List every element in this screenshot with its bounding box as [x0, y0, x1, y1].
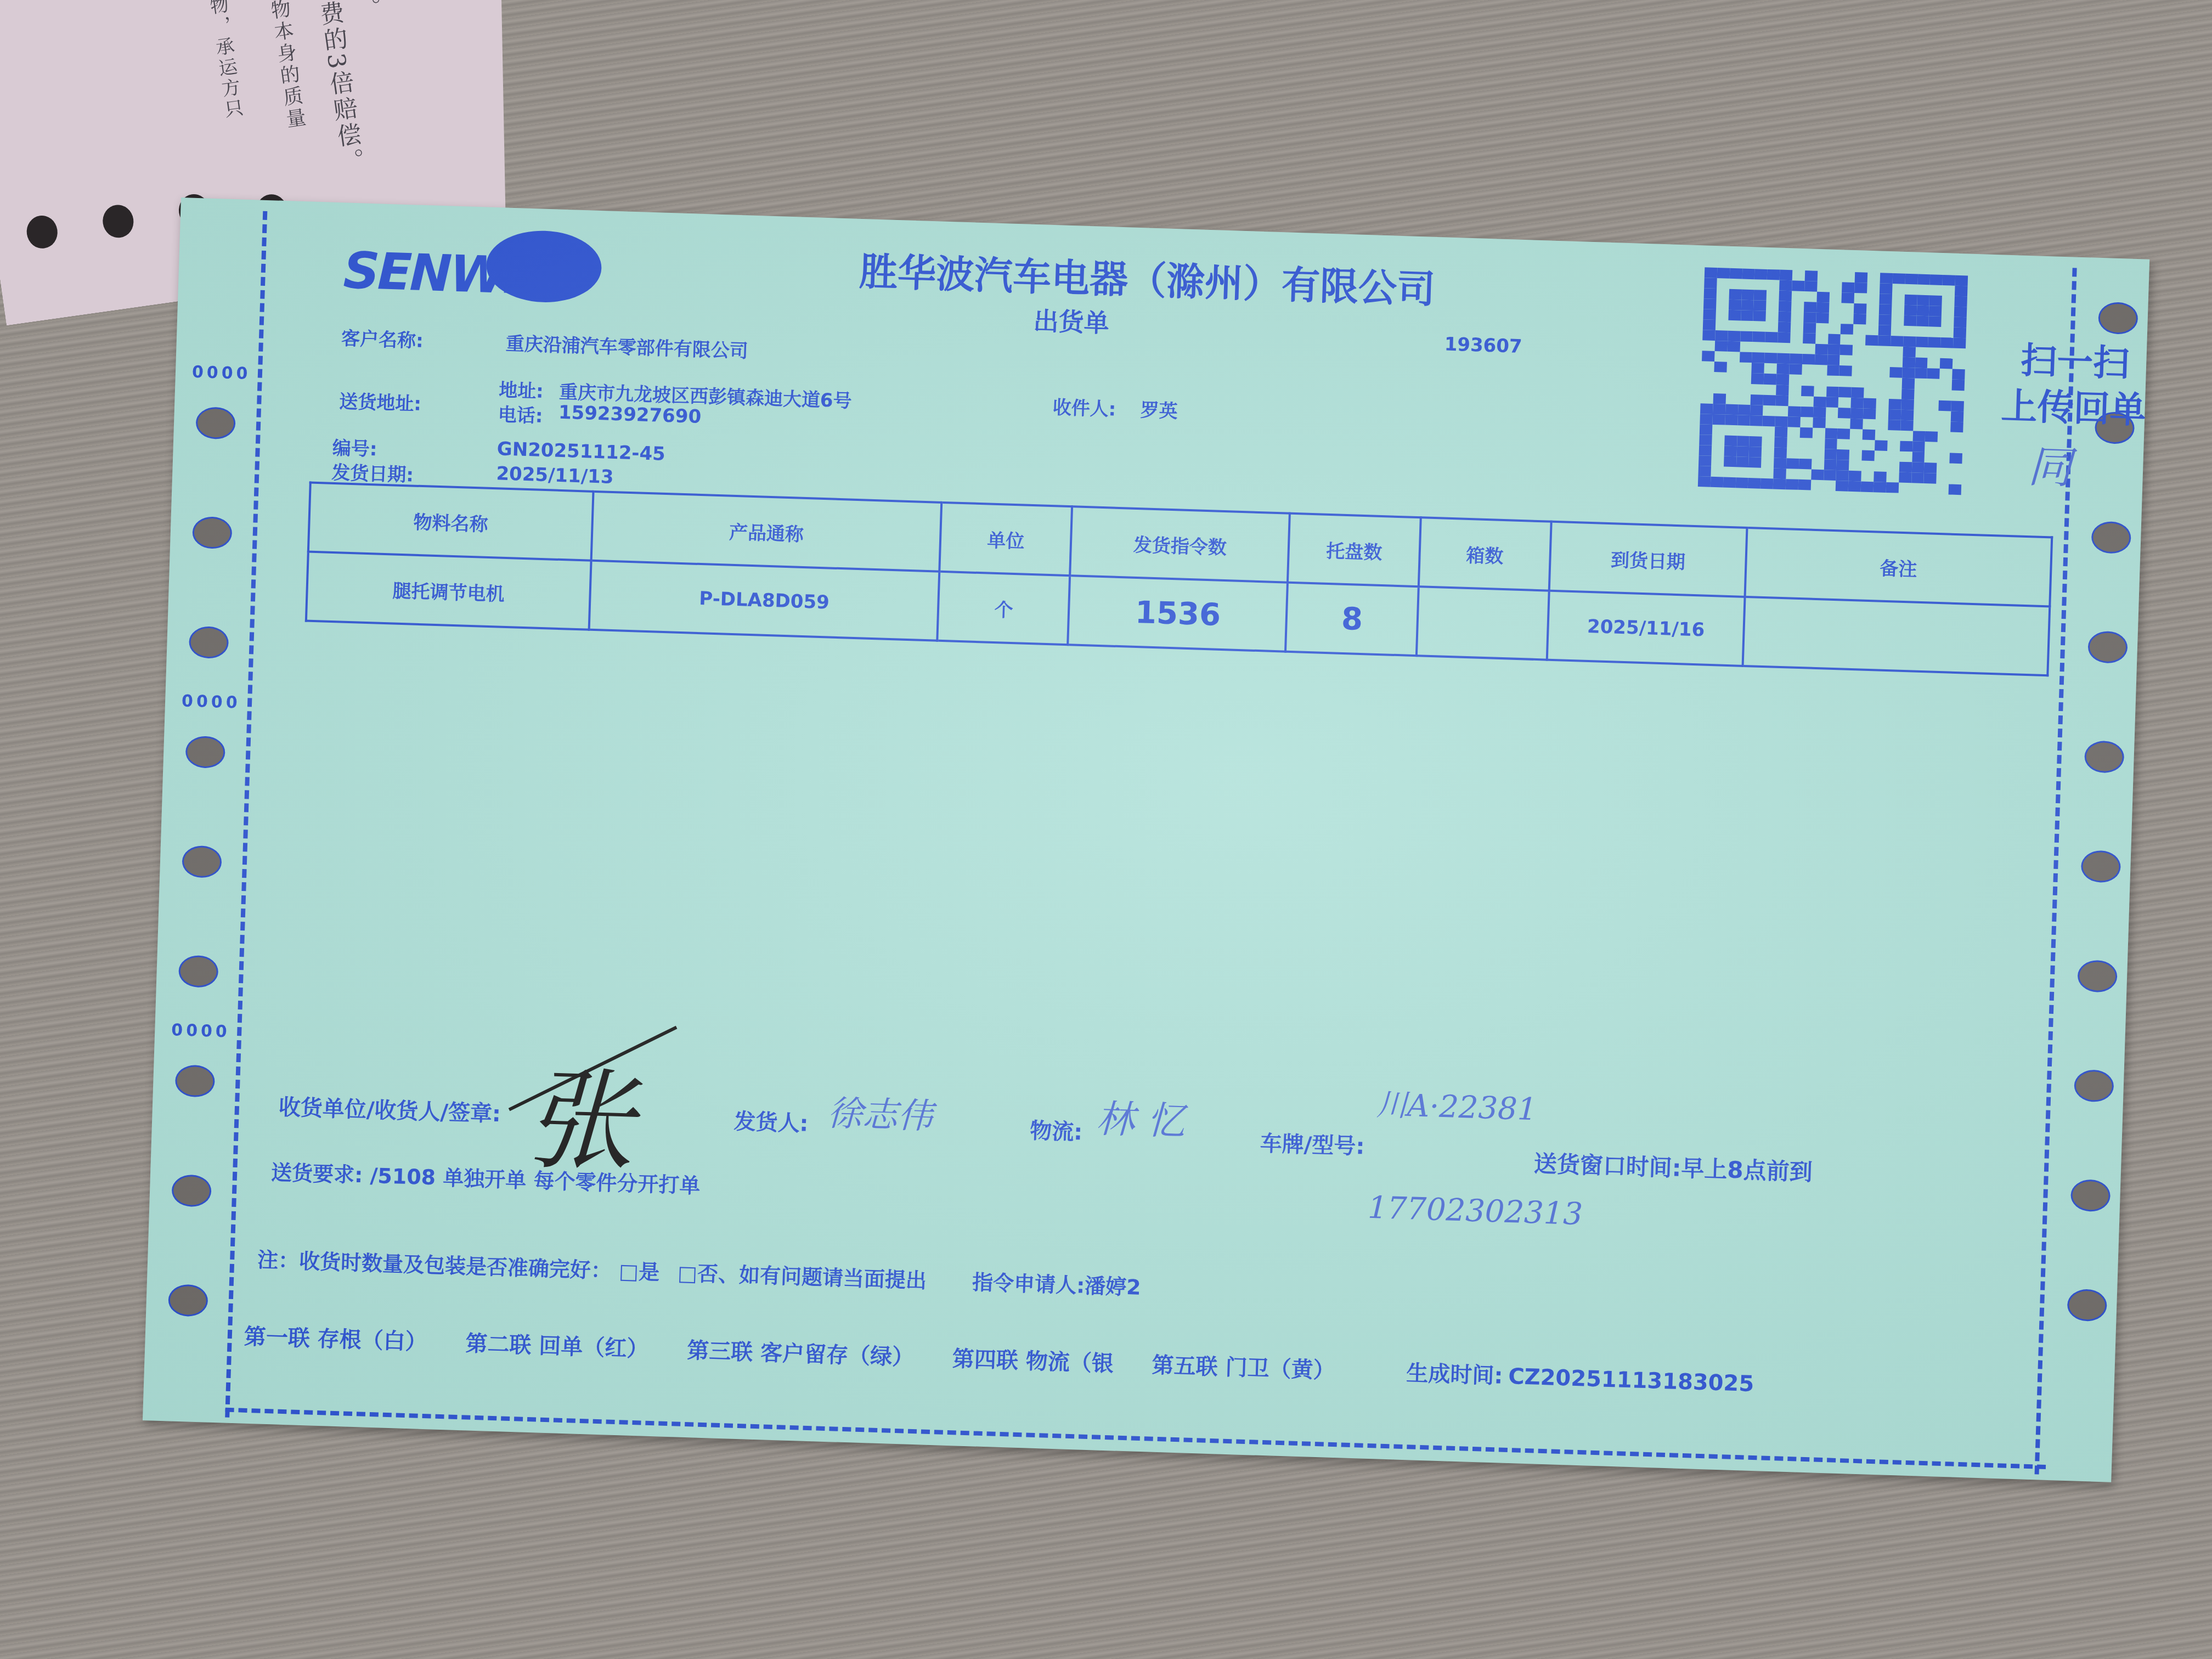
tractor-hole: [2074, 1069, 2114, 1102]
copy-2: 第二联 回单（红）: [465, 1326, 650, 1363]
qr-module: [1792, 280, 1804, 291]
qr-module: [1740, 352, 1752, 363]
col-material-name: 物料名称: [308, 483, 594, 561]
qr-module: [1827, 345, 1840, 356]
qr-module: [1754, 269, 1767, 280]
qr-module: [1917, 285, 1930, 296]
qr-module: [1704, 288, 1717, 299]
qr-module: [1887, 441, 1900, 452]
qr-module: [1773, 478, 1786, 489]
qr-module: [1751, 394, 1763, 405]
qr-module: [1763, 384, 1776, 395]
qr-module: [1763, 394, 1776, 405]
qr-module: [1838, 418, 1850, 429]
qr-module: [1937, 463, 1949, 474]
qr-module: [1939, 400, 1951, 411]
qr-module: [1949, 484, 1961, 495]
qr-module: [1876, 388, 1889, 399]
qr-module: [1740, 321, 1753, 332]
qr-module: [1914, 399, 1926, 410]
qr-module: [1700, 424, 1712, 435]
qr-module: [1742, 279, 1754, 290]
qr-module: [1725, 414, 1737, 425]
qr-module: [1817, 281, 1830, 292]
qr-module: [1954, 328, 1966, 338]
qr-module: [1703, 298, 1716, 309]
qr-module: [1903, 347, 1915, 358]
qr-module: [1751, 374, 1764, 385]
qr-module: [1849, 439, 1862, 450]
qr-module: [1703, 319, 1716, 330]
qr-module: [1852, 376, 1864, 387]
qr-module: [1762, 436, 1774, 447]
qr-module: [1788, 385, 1801, 396]
qr-module: [1705, 267, 1717, 278]
qr-module: [1874, 471, 1886, 482]
qr-module: [1903, 336, 1916, 347]
qr-module: [1766, 311, 1779, 322]
qr-module: [1712, 425, 1725, 436]
qr-module: [1727, 341, 1740, 352]
qr-module: [1865, 356, 1877, 367]
qr-module: [1804, 291, 1816, 302]
qr-module: [1901, 378, 1914, 389]
phone-label: 电话:: [498, 399, 543, 428]
margin-code: 0000: [191, 363, 251, 383]
qr-module: [1898, 483, 1911, 494]
qr-module: [1735, 477, 1748, 488]
qr-module: [1954, 307, 1967, 318]
qr-module: [1915, 347, 1928, 358]
qr-module: [1938, 410, 1951, 421]
qr-module: [1824, 449, 1837, 460]
logistics-label: 物流:: [1030, 1113, 1084, 1146]
qr-module: [1803, 312, 1816, 323]
qr-module: [1824, 470, 1836, 481]
qr-module: [1842, 272, 1855, 283]
qr-module: [1861, 471, 1874, 482]
qr-module: [1940, 337, 1953, 348]
generated-value: CZ20251113183025: [1508, 1364, 1754, 1397]
qr-module: [1874, 461, 1887, 472]
pink-text-col-4: 货物，承运方只: [196, 0, 251, 122]
qr-module: [1801, 407, 1813, 417]
qr-module: [1812, 427, 1825, 438]
qr-module: [1839, 355, 1852, 366]
items-table: 物料名称 产品通称 单位 发货指令数 托盘数 箱数 到货日期 备注 腿托调节电机…: [305, 482, 2053, 677]
qr-module: [1701, 362, 1714, 373]
tractor-hole: [175, 1064, 216, 1097]
qr-module: [1827, 355, 1839, 366]
qr-caption-line2: 上传回单: [1985, 383, 2162, 435]
qr-module: [1929, 306, 1942, 317]
qr-module: [1816, 313, 1829, 324]
qr-module: [1927, 358, 1940, 369]
qr-module: [1841, 303, 1854, 314]
qr-module: [1900, 441, 1912, 452]
qr-module: [1929, 295, 1942, 306]
qr-module: [1901, 409, 1914, 420]
tractor-hole: [168, 1284, 208, 1317]
qr-module: [1852, 356, 1865, 366]
qr-module: [1913, 410, 1926, 421]
qr-module: [1941, 327, 1954, 338]
qr-module: [1824, 459, 1836, 470]
qr-module: [1752, 363, 1764, 374]
qr-module: [1699, 445, 1712, 456]
qr-caption: 扫一扫 上传回单: [1985, 337, 2163, 435]
qr-module: [1752, 352, 1764, 363]
qr-module: [1775, 426, 1787, 437]
qr-module: [1839, 376, 1852, 387]
qr-module: [1790, 333, 1803, 344]
plate-handwritten-2: 17702302313: [1367, 1190, 1583, 1232]
qr-module: [1811, 469, 1824, 480]
qr-module: [1937, 442, 1950, 453]
qr-module: [1938, 432, 1950, 443]
qr-module: [1826, 386, 1839, 397]
qr-module: [1728, 331, 1740, 342]
qr-module: [1799, 438, 1812, 449]
delivery-address-label: 送货地址:: [339, 386, 422, 416]
qr-module: [1779, 301, 1791, 312]
qr-module: [1787, 448, 1799, 459]
qr-module: [1814, 365, 1827, 376]
qr-module: [1954, 296, 1967, 307]
qr-module: [1813, 407, 1826, 417]
qr-module: [1776, 385, 1788, 396]
qr-module: [1711, 466, 1723, 477]
cell-pallets: 8: [1285, 583, 1418, 656]
qr-module: [1737, 436, 1750, 447]
company-name: 胜华波汽车电器（滁州）有限公司: [859, 241, 1436, 314]
qr-module: [1736, 456, 1749, 467]
qr-module: [1889, 377, 1901, 388]
qr-module: [1936, 473, 1949, 484]
qr-module: [1853, 335, 1865, 346]
qr-module: [1774, 458, 1786, 469]
qr-module: [1729, 279, 1742, 290]
qr-module: [1804, 302, 1816, 313]
qr-module: [1949, 463, 1962, 474]
qr-module: [1865, 335, 1878, 346]
qr-module: [1942, 306, 1954, 317]
copy-5: 第五联 门卫（黄）: [1152, 1348, 1336, 1385]
recipient-value: 罗英: [1140, 395, 1178, 423]
qr-module: [1892, 294, 1904, 305]
qr-module: [1786, 469, 1798, 479]
qr-module: [1829, 313, 1841, 324]
qr-module: [1723, 466, 1736, 477]
qr-module: [1917, 274, 1930, 285]
cell-remarks: [1743, 597, 2050, 675]
qr-module: [1905, 274, 1917, 285]
qr-module: [1723, 477, 1735, 488]
qr-module: [1762, 426, 1775, 437]
qr-module: [1786, 458, 1799, 469]
qr-module: [1878, 325, 1891, 336]
qr-module: [1939, 369, 1952, 380]
qr-module: [1699, 455, 1711, 466]
qr-module: [1911, 472, 1924, 483]
qr-module: [1788, 396, 1801, 407]
qr-module: [1765, 342, 1778, 353]
tractor-hole: [192, 516, 233, 549]
qr-module: [1716, 320, 1728, 331]
qr-module: [1853, 324, 1866, 335]
qr-module: [1829, 303, 1841, 314]
qr-module: [1888, 409, 1901, 420]
qr-module: [1877, 357, 1890, 368]
qr-module: [1924, 473, 1937, 484]
qr-module: [1786, 479, 1798, 490]
qr-module: [1950, 432, 1963, 443]
qr-module: [1951, 390, 1964, 401]
qr-module: [1879, 304, 1892, 315]
qr-module: [1838, 397, 1851, 408]
qr-module: [1875, 440, 1887, 451]
qr-module: [1741, 290, 1754, 301]
qr-module: [1953, 338, 1966, 349]
qr-module: [1804, 281, 1817, 292]
option-yes-checkbox[interactable]: □是: [618, 1259, 659, 1284]
qr-module: [1741, 300, 1754, 311]
qr-module: [1714, 351, 1727, 362]
qr-module: [1864, 377, 1877, 388]
qr-module: [1877, 377, 1889, 388]
qr-module: [1840, 334, 1853, 345]
qr-module: [1739, 373, 1751, 384]
qr-module: [1774, 437, 1787, 448]
qr-module: [1702, 330, 1715, 341]
qr-module: [1765, 321, 1778, 332]
qr-module: [1863, 408, 1876, 419]
qr-module: [1748, 478, 1760, 489]
qr-module: [1814, 386, 1826, 397]
qr-module: [1886, 482, 1898, 493]
qr-module: [1890, 357, 1903, 368]
qr-module: [1700, 414, 1712, 425]
qr-module: [1879, 294, 1892, 304]
qr-module: [1880, 273, 1893, 284]
pink-hole: [25, 213, 60, 250]
qr-module: [1802, 375, 1814, 386]
qr-module: [1874, 482, 1886, 493]
qr-module: [1724, 425, 1737, 436]
qr-module: [1816, 292, 1829, 303]
qr-module: [1850, 418, 1863, 429]
qr-module: [1762, 447, 1774, 458]
qr-module: [1777, 353, 1790, 364]
col-arrival-date: 到货日期: [1549, 522, 1747, 597]
qr-module: [1816, 302, 1829, 313]
qr-module: [1854, 314, 1866, 325]
perforation-line-bottom: [225, 1408, 2046, 1469]
qr-module: [1889, 367, 1902, 378]
qr-module: [1760, 478, 1773, 489]
qr-module: [1886, 472, 1899, 483]
perforation-line-left: [225, 211, 267, 1418]
qr-module: [1953, 348, 1966, 359]
tractor-hole: [171, 1174, 212, 1207]
qr-module: [1838, 408, 1850, 419]
qr-module: [1727, 352, 1740, 363]
qr-module: [1726, 383, 1739, 394]
tractor-hole: [189, 626, 229, 659]
qr-module: [1791, 323, 1803, 334]
qr-module: [1901, 388, 1914, 399]
qr-module: [1926, 421, 1938, 432]
col-quantity: 发货指令数: [1070, 506, 1290, 582]
qr-module: [1753, 331, 1765, 342]
qr-module: [1779, 291, 1792, 302]
qr-module: [1801, 396, 1813, 407]
qr-module: [1862, 439, 1875, 450]
qr-module: [1939, 379, 1952, 390]
qr-module: [1842, 282, 1854, 293]
qr-module: [1878, 336, 1891, 347]
cell-arrival-date: 2025/11/16: [1547, 591, 1745, 666]
qr-module: [1912, 441, 1925, 452]
qr-module: [1698, 476, 1711, 487]
qr-module: [1738, 394, 1751, 405]
qr-module: [1915, 358, 1927, 369]
qr-module: [1713, 382, 1726, 393]
qr-module: [1952, 380, 1965, 391]
qr-module: [1916, 326, 1928, 337]
qr-module: [1703, 309, 1716, 320]
qr-module: [1778, 322, 1791, 333]
qr-module: [1763, 415, 1775, 426]
qr-module: [1925, 452, 1937, 463]
tractor-hole: [182, 845, 222, 878]
customer-label: 客户名称:: [341, 323, 424, 353]
qr-module: [1740, 331, 1753, 342]
qr-module: [1949, 473, 1961, 484]
qr-module: [1951, 400, 1964, 411]
address-label: 地址:: [499, 375, 544, 403]
qr-module: [1761, 458, 1774, 469]
qr-module: [1778, 312, 1791, 323]
qr-module: [1862, 450, 1875, 461]
ship-date-value: 2025/11/13: [496, 462, 614, 488]
tractor-hole: [2077, 960, 2118, 992]
qr-module: [1867, 283, 1880, 294]
qr-module: [1836, 470, 1849, 481]
qr-module: [1737, 415, 1750, 426]
handwritten-mark: 同: [2027, 431, 2073, 495]
qr-module: [1837, 449, 1849, 460]
cell-product-name: P-DLA8D059: [589, 561, 940, 641]
qr-module: [1852, 366, 1865, 377]
qr-module: [1813, 396, 1826, 407]
qr-module: [1889, 388, 1901, 399]
qr-module: [1792, 270, 1805, 281]
qr-module: [1891, 315, 1904, 326]
qr-module: [1776, 374, 1789, 385]
qr-module: [1766, 301, 1779, 312]
qr-module: [1904, 305, 1917, 316]
qr-module: [1805, 270, 1818, 281]
qr-module: [1798, 479, 1811, 490]
qr-module: [1903, 357, 1915, 368]
qr-module: [1729, 268, 1742, 279]
qr-module: [1854, 293, 1867, 304]
qr-module: [1748, 457, 1761, 468]
qr-module: [1715, 330, 1728, 341]
qr-module: [1714, 362, 1726, 373]
qr-module: [1877, 346, 1890, 357]
qr-module: [1899, 461, 1912, 472]
qr-module: [1767, 290, 1779, 301]
delivery-note: 0000 0000 0000 SENWB 胜华波汽车电器（滁州）有限公司 出货单…: [143, 198, 2149, 1482]
qr-module: [1748, 467, 1761, 478]
qr-module: [1866, 314, 1878, 325]
qr-module: [1791, 312, 1803, 323]
qr-module: [1740, 342, 1752, 353]
qr-code[interactable]: [1698, 267, 1968, 495]
qr-module: [1752, 342, 1765, 353]
applicant: 指令申请人:潘婷2: [972, 1270, 1141, 1300]
pink-text-col-2: 按运费的3倍赔偿。: [303, 0, 369, 178]
option-no-checkbox[interactable]: □否、如有问题请当面提出: [678, 1261, 927, 1293]
qr-module: [1764, 374, 1776, 385]
qr-module: [1830, 271, 1842, 282]
qr-module: [1901, 399, 1914, 410]
qr-module: [1928, 326, 1941, 337]
qr-module: [1875, 430, 1888, 441]
qr-module: [1790, 354, 1802, 365]
tractor-hole: [2087, 631, 2128, 664]
plate-label: 车牌/型号:: [1260, 1126, 1365, 1161]
qr-module: [1788, 406, 1801, 417]
qr-module: [1951, 411, 1963, 422]
cell-quantity: 1536: [1068, 575, 1288, 651]
qr-module: [1876, 409, 1888, 420]
cell-boxes: [1417, 586, 1549, 659]
qr-module: [1724, 445, 1736, 456]
qr-module: [1717, 278, 1729, 289]
qr-module: [1940, 348, 1953, 359]
qr-module: [1864, 387, 1876, 398]
qr-module: [1864, 398, 1876, 409]
copy-4: 第四联 物流（银: [952, 1341, 1114, 1378]
qr-module: [1841, 324, 1853, 335]
qr-module: [1825, 407, 1838, 418]
qr-module: [1887, 430, 1900, 441]
qr-module: [1950, 442, 1962, 453]
qr-module: [1867, 294, 1880, 304]
cell-material-name: 腿托调节电机: [306, 552, 591, 630]
qr-module: [1739, 383, 1751, 394]
number-label: 编号:: [332, 433, 377, 461]
generated-label: 生成时间:: [1406, 1356, 1504, 1390]
qr-module: [1698, 466, 1711, 477]
qr-module: [1836, 460, 1849, 471]
qr-module: [1900, 420, 1913, 431]
qr-module: [1915, 368, 1927, 379]
qr-module: [1713, 404, 1725, 415]
qr-module: [1937, 453, 1950, 464]
qr-module: [1815, 354, 1827, 365]
note-text: 注：收货时数量及包装是否准确完好：: [257, 1248, 612, 1283]
qr-module: [1750, 415, 1763, 426]
qr-module: [1802, 354, 1815, 365]
qr-module: [1778, 343, 1790, 354]
qr-module: [1950, 453, 1962, 464]
tractor-hole: [195, 407, 236, 439]
qr-module: [1775, 416, 1787, 427]
